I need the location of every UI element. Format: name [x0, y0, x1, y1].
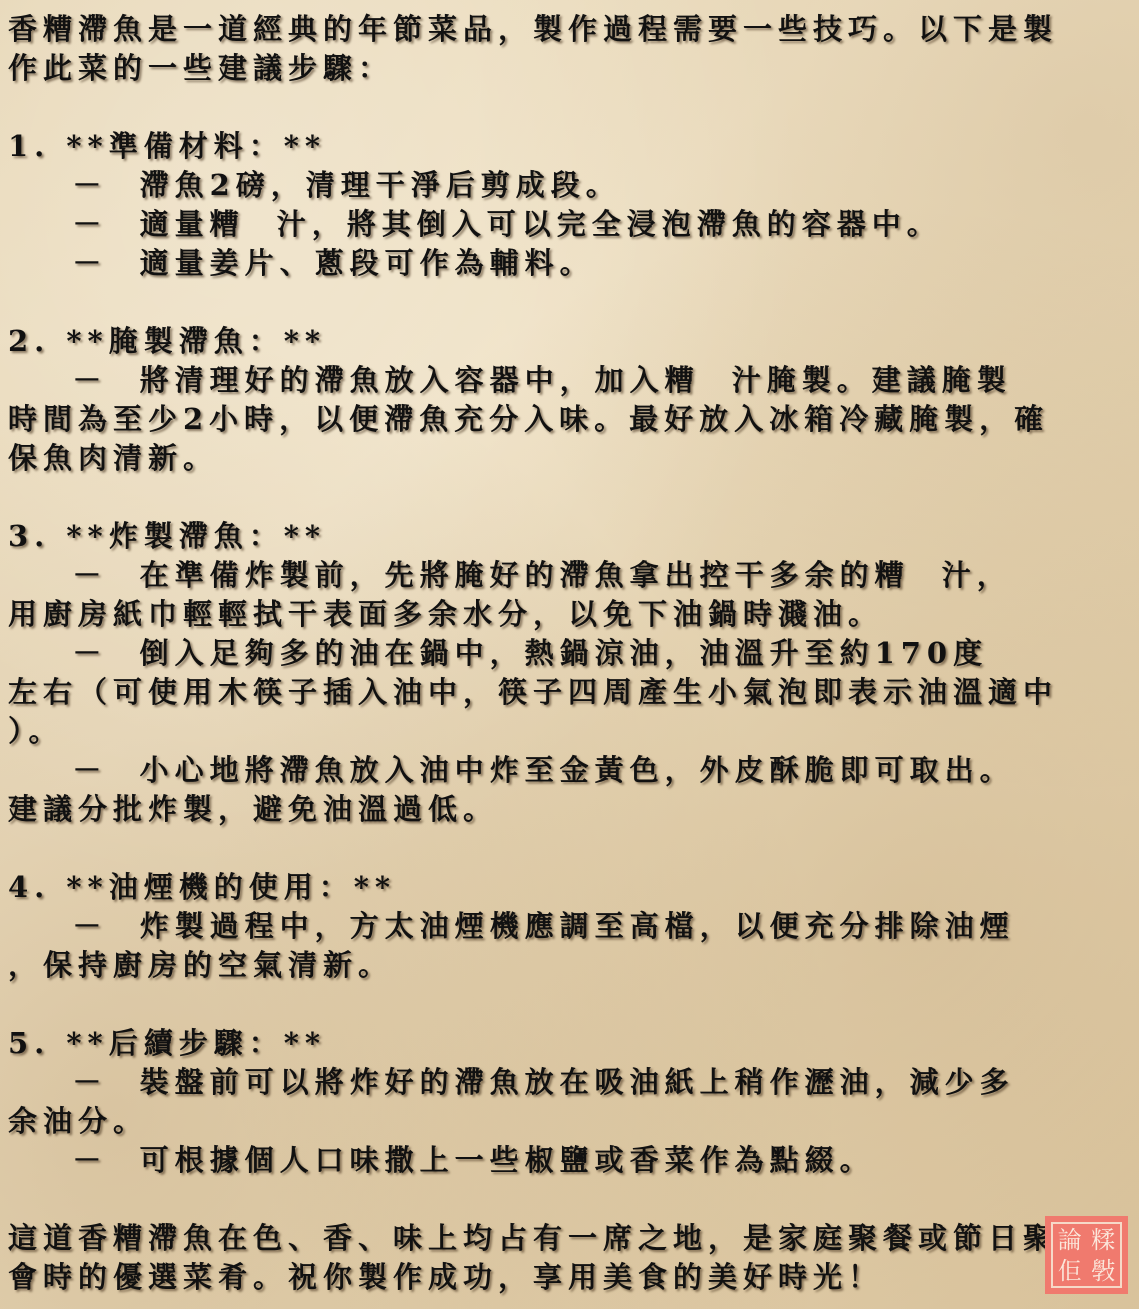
text-line: ）。	[8, 712, 1133, 751]
list-item: － 適量糟 汁，將其倒入可以完全浸泡滯魚的容器中。	[8, 205, 1133, 244]
seal-stamp-icon: 論 糅 佢 斅	[1045, 1216, 1128, 1294]
closing-text: 會時的優選菜肴。祝你製作成功，享用美食的美好時光！	[8, 1258, 1133, 1297]
blank-line	[8, 478, 1133, 517]
list-item: － 可根據個人口味撒上一些椒鹽或香菜作為點綴。	[8, 1141, 1133, 1180]
list-item: － 將清理好的滯魚放入容器中，加入糟 汁腌製。建議腌製	[8, 361, 1133, 400]
text-line: 余油分。	[8, 1102, 1133, 1141]
blank-line	[8, 1180, 1133, 1219]
text-line: 用廚房紙巾輕輕拭干表面多余水分，以免下油鍋時濺油。	[8, 595, 1133, 634]
seal-char: 佢	[1058, 1259, 1082, 1283]
text-line: 作此菜的一些建議步驟：	[8, 49, 1133, 88]
list-item: － 適量姜片、蔥段可作為輔料。	[8, 244, 1133, 283]
section-heading: 1. **準備材料：**	[8, 127, 1133, 166]
document-body: 香糟滯魚是一道經典的年節菜品，製作過程需要一些技巧。以下是製 作此菜的一些建議步…	[8, 10, 1133, 1297]
text-line: 香糟滯魚是一道經典的年節菜品，製作過程需要一些技巧。以下是製	[8, 10, 1133, 49]
section-heading: 2. **腌製滯魚：**	[8, 322, 1133, 361]
list-item: － 裝盤前可以將炸好的滯魚放在吸油紙上稍作瀝油，減少多	[8, 1063, 1133, 1102]
blank-line	[8, 985, 1133, 1024]
text-line: 建議分批炸製，避免油溫過低。	[8, 790, 1133, 829]
blank-line	[8, 88, 1133, 127]
seal-char: 糅	[1091, 1228, 1115, 1252]
list-item: － 滯魚2磅，清理干淨后剪成段。	[8, 166, 1133, 205]
text-line: 時間為至少2小時，以便滯魚充分入味。最好放入冰箱冷藏腌製，確	[8, 400, 1133, 439]
seal-char: 斅	[1091, 1259, 1115, 1283]
seal-char: 論	[1058, 1228, 1082, 1252]
list-item: － 倒入足夠多的油在鍋中，熱鍋涼油，油溫升至約170度	[8, 634, 1133, 673]
text-line: 左右（可使用木筷子插入油中，筷子四周產生小氣泡即表示油溫適中	[8, 673, 1133, 712]
section-heading: 3. **炸製滯魚：**	[8, 517, 1133, 556]
seal-inner: 論 糅 佢 斅	[1051, 1222, 1122, 1288]
list-item: － 炸製過程中，方太油煙機應調至高檔，以便充分排除油煙	[8, 907, 1133, 946]
section-heading: 4. **油煙機的使用：**	[8, 868, 1133, 907]
blank-line	[8, 829, 1133, 868]
blank-line	[8, 283, 1133, 322]
section-heading: 5. **后續步驟：**	[8, 1024, 1133, 1063]
list-item: － 在準備炸製前，先將腌好的滯魚拿出控干多余的糟 汁，	[8, 556, 1133, 595]
list-item: － 小心地將滯魚放入油中炸至金黃色，外皮酥脆即可取出。	[8, 751, 1133, 790]
closing-text: 這道香糟滯魚在色、香、味上均占有一席之地，是家庭聚餐或節日聚	[8, 1219, 1133, 1258]
text-line: 保魚肉清新。	[8, 439, 1133, 478]
text-line: ，保持廚房的空氣清新。	[8, 946, 1133, 985]
